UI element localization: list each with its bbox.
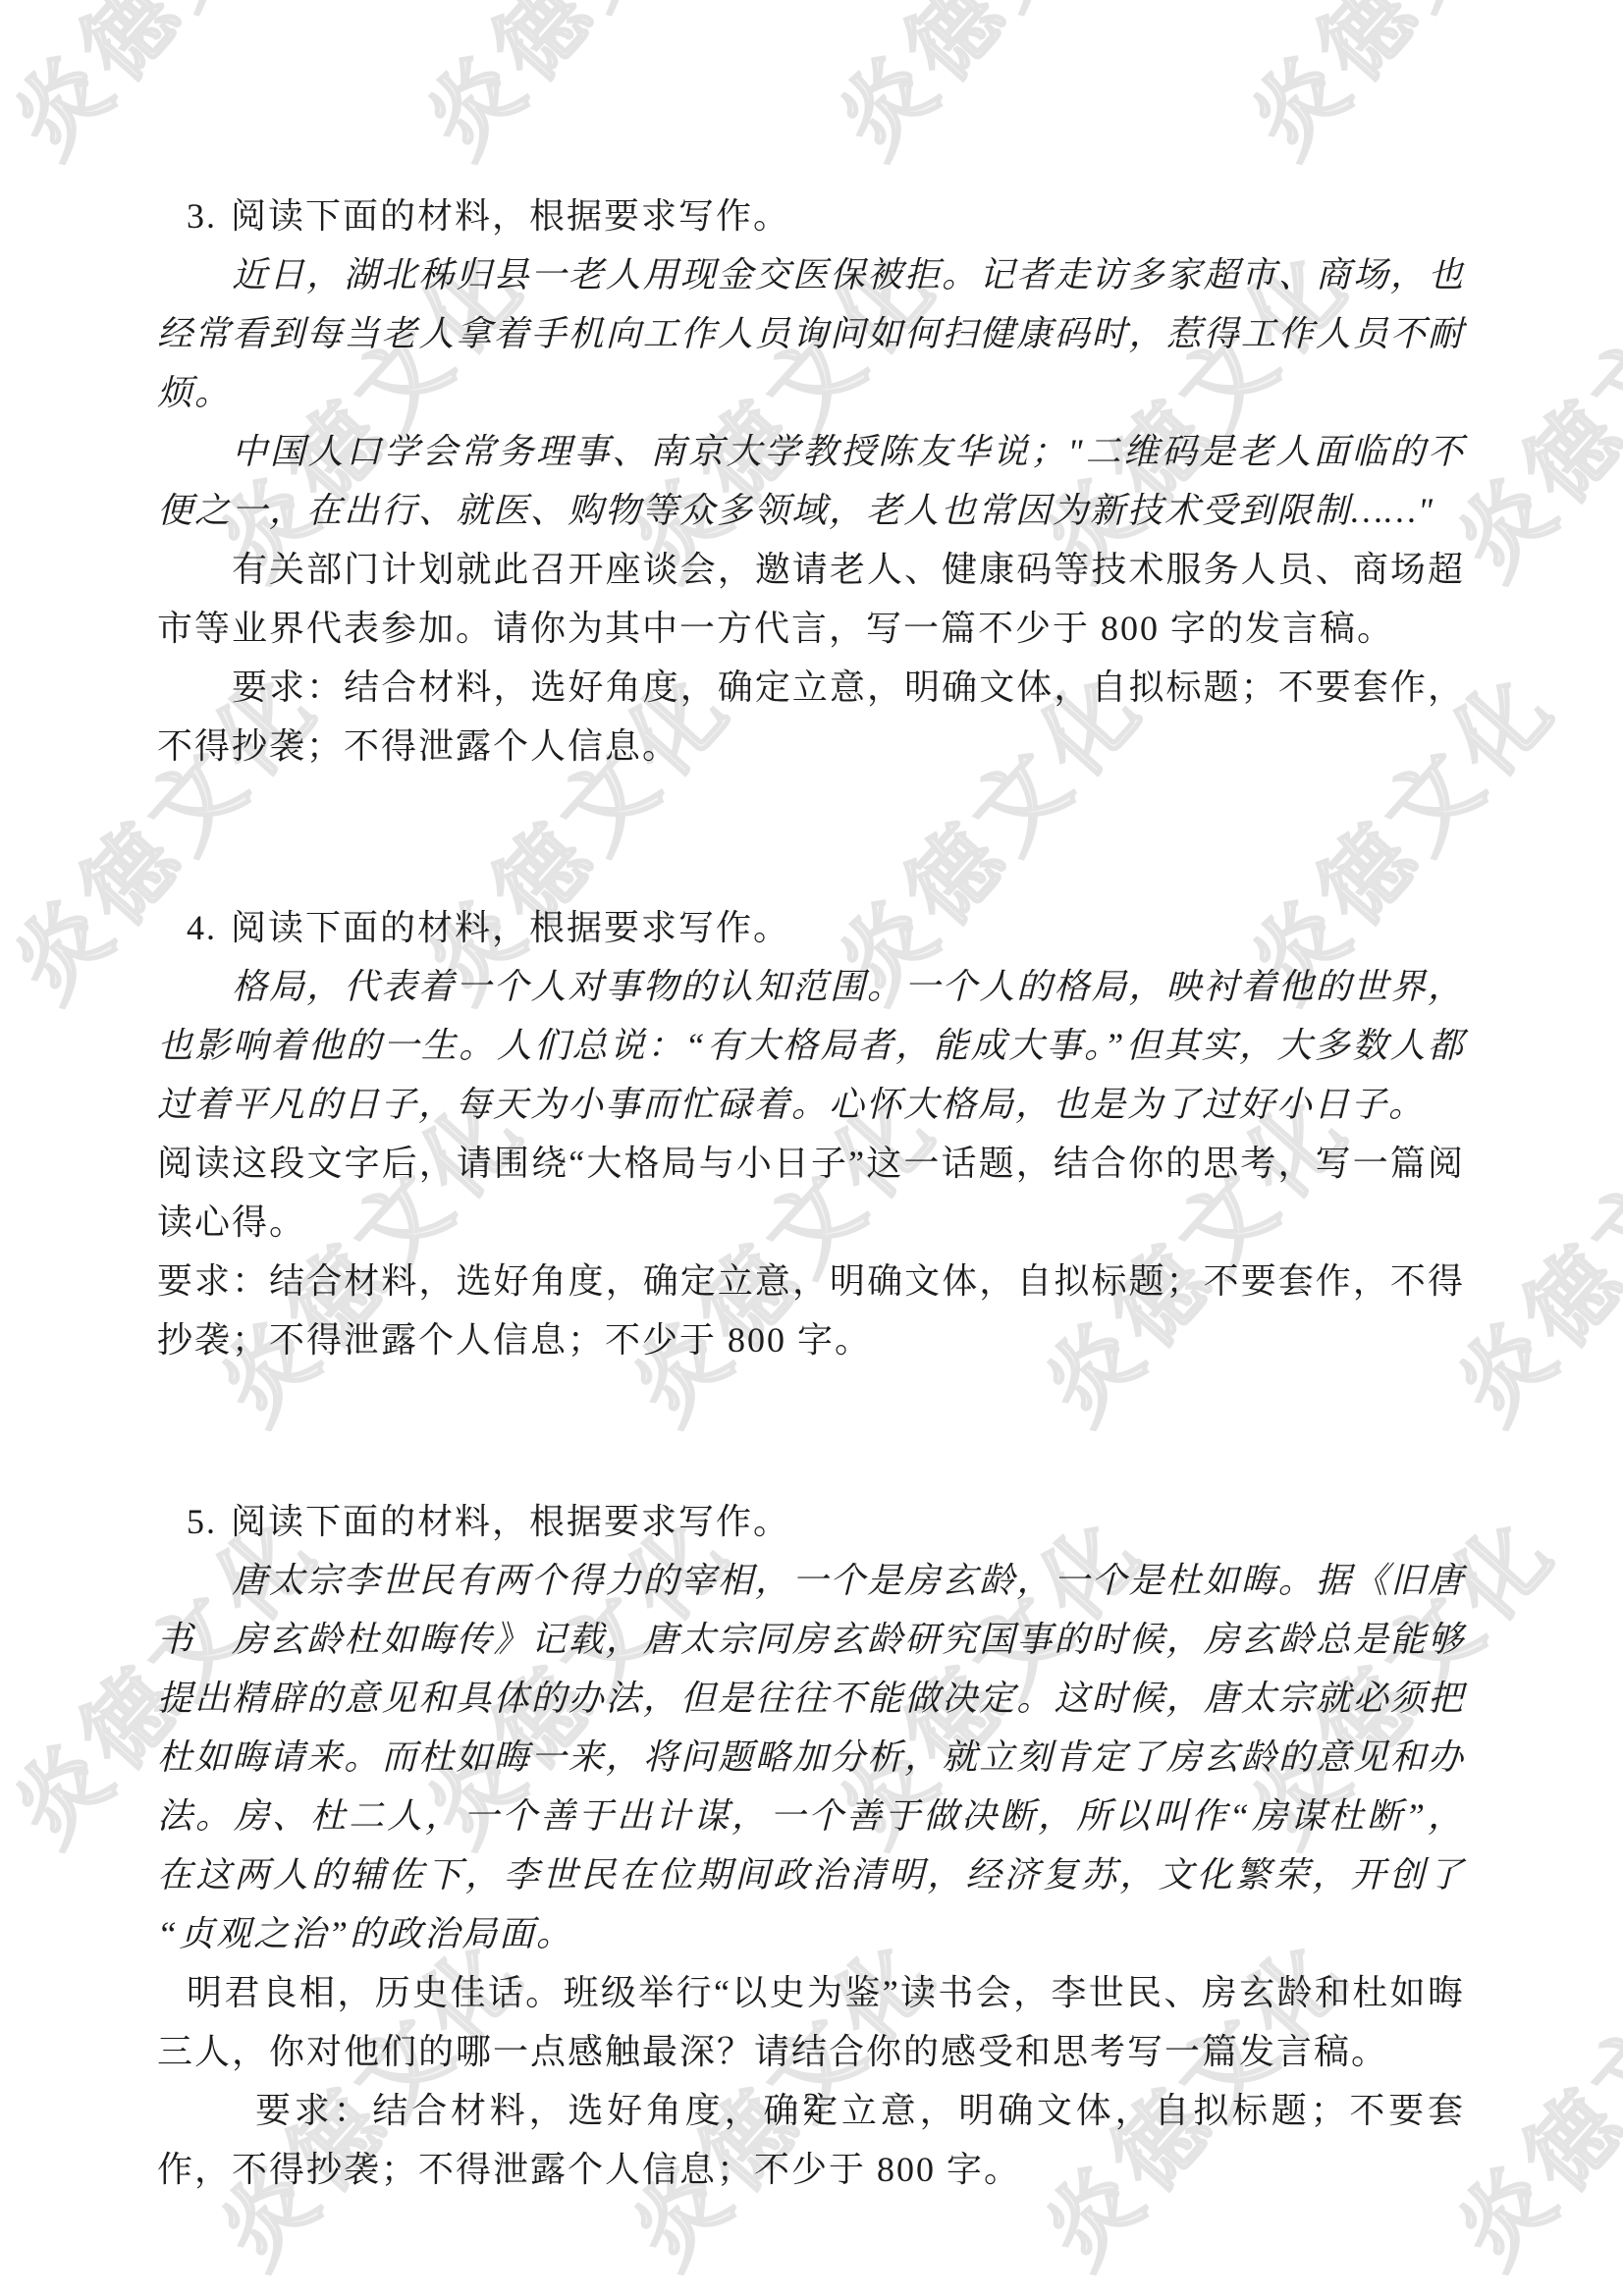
questions-content: 3.阅读下面的材料，根据要求写作。 近日，湖北秭归县一老人用现金交医保被拒。记者… <box>157 187 1465 2199</box>
question-number: 3. <box>187 196 217 236</box>
question-title: 阅读下面的材料，根据要求写作。 <box>231 908 790 947</box>
question-number: 4. <box>187 908 217 947</box>
material-paragraph: 格局，代表着一个人对事物的认知范围。一个人的格局，映衬着他的世界，也影响着他的一… <box>157 957 1465 1134</box>
material-paragraph: 唐太宗李世民有两个得力的宰相，一个是房玄龄，一个是杜如晦。据《旧唐书 房玄龄杜如… <box>157 1551 1465 1963</box>
watermark-text: 炎德文化 <box>803 0 1167 179</box>
question-item-4: 4.阅读下面的材料，根据要求写作。 格局，代表着一个人对事物的认知范围。一个人的… <box>157 898 1465 1369</box>
question-header: 5.阅读下面的材料，根据要求写作。 <box>157 1492 1465 1551</box>
material-paragraph: 中国人口学会常务理事、南京大学教授陈友华说；"二维码是老人面临的不便之一，在出行… <box>157 422 1465 540</box>
task-paragraph: 明君良相，历史佳话。班级举行“以史为鉴”读书会，李世民、房玄龄和杜如晦三人，你对… <box>157 1963 1465 2081</box>
question-item-3: 3.阅读下面的材料，根据要求写作。 近日，湖北秭归县一老人用现金交医保被拒。记者… <box>157 187 1465 775</box>
question-header: 3.阅读下面的材料，根据要求写作。 <box>157 187 1465 245</box>
requirements-paragraph: 要求：结合材料，选好角度，确定立意，明确文体，自拟标题；不要套作，不得抄袭；不得… <box>157 658 1465 775</box>
question-number: 5. <box>187 1502 217 1541</box>
watermark-text: 炎德文化 <box>391 0 755 179</box>
page-number: 2 <box>0 2086 1623 2125</box>
question-header: 4.阅读下面的材料，根据要求写作。 <box>157 898 1465 957</box>
watermark-text: 炎德文化 <box>1216 0 1580 179</box>
document-page: 炎德文化炎德文化炎德文化炎德文化炎德文化炎德文化炎德文化炎德文化炎德文化炎德文化… <box>0 0 1623 2296</box>
question-title: 阅读下面的材料，根据要求写作。 <box>231 1502 790 1541</box>
material-paragraph: 近日，湖北秭归县一老人用现金交医保被拒。记者走访多家超市、商场，也经常看到每当老… <box>157 245 1465 422</box>
watermark-text: 炎德文化 <box>0 0 344 179</box>
question-title: 阅读下面的材料，根据要求写作。 <box>231 196 790 236</box>
task-paragraph: 阅读这段文字后，请围绕“大格局与小日子”这一话题，结合你的思考，写一篇阅读心得。 <box>157 1134 1465 1252</box>
task-paragraph: 有关部门计划就此召开座谈会，邀请老人、健康码等技术服务人员、商场超市等业界代表参… <box>157 540 1465 658</box>
requirements-paragraph: 要求：结合材料，选好角度，确定立意，明确文体，自拟标题；不要套作，不得抄袭；不得… <box>157 1252 1465 1369</box>
